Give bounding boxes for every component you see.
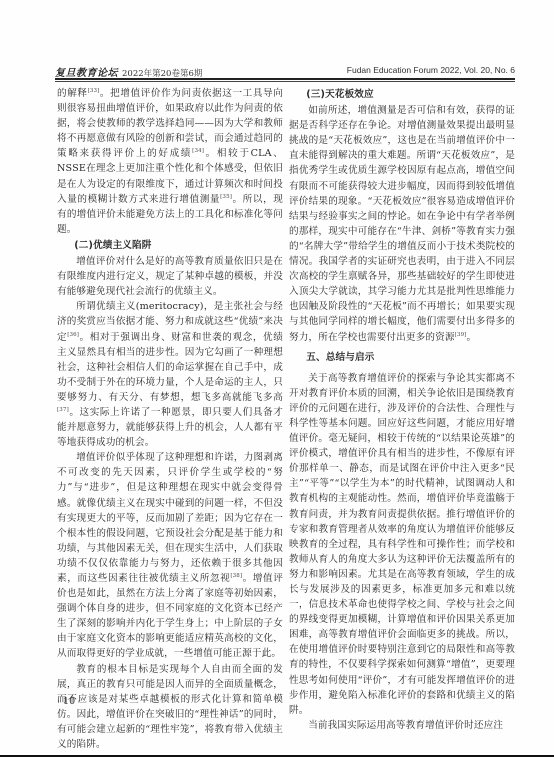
- citation: [37]: [57, 407, 69, 413]
- paragraph: 关于高等教育增值评价的探索与争论其实都离不开对教育评价本质的回溯，相关争论依旧是…: [289, 371, 515, 718]
- header-left: 复旦教育论坛2022年第20卷第6期: [55, 64, 202, 79]
- left-column: 的解释[33]。把增值评价作为问责依据这一工具导向则很容易扭曲增值评价，如果政府…: [57, 86, 283, 752]
- citation: [35]: [220, 194, 232, 200]
- text: 。相对于强调出身、财富和世袭的观念，优绩主义显然具有相当的进步性。因为它勾画了一…: [57, 332, 283, 403]
- page-number: · 10 ·: [57, 696, 81, 707]
- paragraph: 的解释[33]。把增值评价作为问责依据这一工具导向则很容易扭曲增值评价，如果政府…: [57, 86, 283, 237]
- section-heading-meritocracy-trap: (二)优绩主义陷阱: [57, 238, 283, 253]
- header-english-title: Fudan Education Forum 2022, Vol. 20, No.…: [347, 65, 515, 75]
- journal-page: 复旦教育论坛2022年第20卷第6期 Fudan Education Forum…: [0, 0, 554, 757]
- text: 。: [467, 332, 477, 343]
- header-rule-thick: [55, 78, 515, 80]
- citation: [34]: [192, 148, 204, 154]
- text: 。增值评价也是如此，虽然在方法上分离了家庭等初始因素，强调个体自身的进步，但不同…: [57, 573, 283, 659]
- text: 增值评价似乎体现了这种理想和许诺，力图剥离不可改变的先天因素，只评价学生或学校的…: [57, 452, 283, 584]
- citation: [38]: [230, 573, 242, 579]
- text: 如前所述，增值测量是否可信和有效，获得的证据是否科学还存在争论。对增值测量效果提…: [289, 105, 515, 342]
- citation: [39]: [455, 332, 467, 338]
- paragraph: 教育的根本目标是实现每个人自由而全面的发展，真正的教育只可能是因人而异的全面质量…: [57, 662, 283, 753]
- header-rule-thin: [55, 81, 515, 82]
- right-column: (三)天花板效应 如前所述，增值测量是否可信和有效，获得的证据是否科学还存在争论…: [289, 86, 515, 733]
- text: 的解释: [57, 88, 88, 99]
- paragraph: 如前所述，增值测量是否可信和有效，获得的证据是否科学还存在争论。对增值测量效果提…: [289, 103, 515, 345]
- section-heading-ceiling-effect: (三)天花板效应: [289, 87, 515, 102]
- paragraph: 增值评价对什么是好的高等教育质量依旧只是在有限维度内进行定义，规定了某种卓越的模…: [57, 254, 283, 299]
- citation: [33]: [88, 88, 100, 94]
- text: 。这实际上许诺了一种愿景，即只要人们具备才能并愿意努力，就能够获得上升的机会，人…: [57, 407, 283, 448]
- running-header: 复旦教育论坛2022年第20卷第6期 Fudan Education Forum…: [55, 64, 515, 78]
- citation: [36]: [67, 332, 79, 338]
- paragraph: 所谓优绩主义(meritocracy)，是主张社会与经济的奖赏应当依据才能、努力…: [57, 299, 283, 450]
- paragraph: 增值评价似乎体现了这种理想和许诺，力图剥离不可改变的先天因素，只评价学生或学校的…: [57, 450, 283, 661]
- section-heading-conclusion: 五、总结与启示: [289, 350, 515, 365]
- paragraph: 当前我国实际运用高等教育增值评价时还应注: [289, 718, 515, 733]
